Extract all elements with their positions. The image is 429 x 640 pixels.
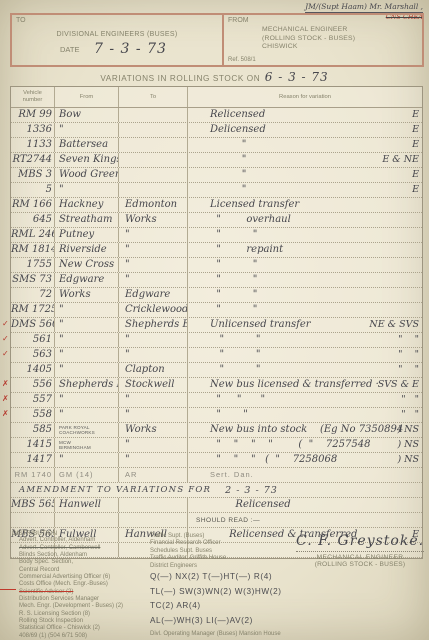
- to-cell: [119, 513, 188, 527]
- distribution-item: Advert. Controller, Camberwell: [12, 545, 146, 552]
- reason-cell: Licensed transfer: [188, 198, 422, 212]
- from-cell: Shepherds Bush: [55, 378, 119, 392]
- to-box: TO DIVISIONAL ENGINEERS (BUSES) DATE 7 -…: [10, 13, 224, 67]
- distribution-item: Statistical Office - Chiswick (2): [12, 625, 146, 632]
- to-value: DIVISIONAL ENGINEERS (BUSES): [12, 31, 222, 38]
- distribution-item: Body Spec. Section,: [12, 559, 146, 566]
- vehicle-number-cell: [11, 513, 55, 527]
- margin-check-mark: ✗: [2, 394, 9, 404]
- distribution-item: Distribution Services Manager: [12, 596, 146, 603]
- area-code: " ": [398, 333, 419, 346]
- to-cell: ": [119, 333, 188, 347]
- distribution-item: Rolling Stock Inspection: [12, 618, 146, 625]
- table-row: 72 Works Edgware " ": [11, 288, 422, 303]
- table-row: MBS 3 Wood Green " E: [11, 168, 422, 183]
- reason-cell: " E: [188, 138, 422, 152]
- to-cell: [119, 153, 188, 167]
- to-cell: ": [119, 393, 188, 407]
- reason-cell: New bus into stock (Eg No 7350894 ) NS: [188, 423, 422, 437]
- reason-cell: " " " ": [188, 348, 422, 362]
- reason-cell: Delicensed E: [188, 123, 422, 137]
- from-cell: PARK ROYAL COACHWORKS: [55, 423, 119, 437]
- margin-check-mark: ✓: [2, 334, 9, 344]
- reason-cell: SHOULD READ :—: [188, 513, 422, 527]
- document-title: VARIATIONS IN ROLLING STOCK ON 6 - 3 - 7…: [0, 68, 429, 86]
- distribution-item: R. S. Licensing Section (8): [12, 611, 146, 618]
- vehicle-number-cell: RML 2466: [11, 228, 55, 242]
- vehicle-number-cell: 585: [11, 423, 55, 437]
- reason-text: " " " ( " 7258068: [210, 454, 337, 465]
- reason-text: ": [210, 139, 246, 150]
- from-cell: Seven Kings: [55, 153, 119, 167]
- vehicle-number-cell: SMS 73: [11, 273, 55, 287]
- divl-operating-manager-line: Divl. Operating Manager (Buses) Mansion …: [150, 631, 281, 637]
- reason-text: Unlicensed transfer: [210, 319, 311, 330]
- reason-text: " ": [210, 409, 248, 420]
- from-cell: ": [55, 453, 119, 467]
- distribution-list: DISTRIBUTION Advert. Controller, Aldenha…: [12, 530, 146, 640]
- vehicle-number-cell: DMS 560: [11, 318, 55, 332]
- recipient-item: Traffic Supt. (Buses): [150, 533, 290, 540]
- vehicle-number-cell: 557: [11, 393, 55, 407]
- table-row: ✗ 558 " " " " " ": [11, 408, 422, 423]
- amendment-heading: AMENDMENT TO VARIATIONS FOR 2 - 3 - 73: [11, 483, 422, 498]
- to-cell: Edgware: [119, 288, 188, 302]
- to-cell: Shepherds Bush: [119, 318, 188, 332]
- from-line-3: CHISWICK: [262, 43, 355, 52]
- from-cell: ": [55, 123, 119, 137]
- from-line-1: MECHANICAL ENGINEER: [262, 26, 355, 35]
- ref-number: Ref. 508/1: [228, 57, 256, 63]
- margin-check-mark: ✗: [2, 379, 9, 389]
- reason-cell: " E & NE: [188, 153, 422, 167]
- reason-text: " ": [210, 229, 257, 240]
- reason-text: New bus into stock (Eg No 7350894: [210, 424, 403, 435]
- reason-cell: " ": [188, 228, 422, 242]
- table-row: 645 Streatham Works " overhaul: [11, 213, 422, 228]
- from-cell: ": [55, 348, 119, 362]
- annotation-ink-note: JM/(Supt Haam) Mr. Marshall ,: [305, 2, 423, 13]
- to-cell: ": [119, 408, 188, 422]
- from-cell: Riverside: [55, 243, 119, 257]
- reason-text: " ": [210, 304, 257, 315]
- to-label: TO: [16, 17, 26, 24]
- to-cell: Clapton: [119, 363, 188, 377]
- reason-cell: " " " ": [188, 408, 422, 422]
- amendment-row: SHOULD READ :—: [11, 513, 422, 528]
- table-row: RT2744 Seven Kings " E & NE: [11, 153, 422, 168]
- distribution-item: Central Record: [12, 567, 146, 574]
- recipient-item: Financial Research Officer: [150, 540, 290, 547]
- to-cell: [119, 108, 188, 122]
- title-text: VARIATIONS IN ROLLING STOCK ON: [100, 74, 260, 83]
- reason-text: Relicensed: [210, 109, 265, 120]
- col-reason: Reason for variation: [188, 87, 422, 107]
- vehicle-number-cell: 72: [11, 288, 55, 302]
- from-cell: Works: [55, 288, 119, 302]
- area-code: SVS & E: [378, 378, 419, 391]
- reason-cell: Unlicensed transfer NE & SVS: [188, 318, 422, 332]
- recipient-item: District Engineers: [150, 563, 290, 570]
- from-cell: Bow: [55, 108, 119, 122]
- vehicle-number-cell: RT2744: [11, 153, 55, 167]
- reason-text: New bus licensed & transferred ·: [210, 379, 379, 390]
- from-box: FROM MECHANICAL ENGINEER (ROLLING STOCK …: [222, 13, 424, 67]
- from-cell: ": [55, 408, 119, 422]
- signature: C. F. Greystoke.: [296, 533, 424, 552]
- from-cell: ": [55, 303, 119, 317]
- reason-cell: " E: [188, 183, 422, 197]
- table-body: RM 99 Bow Relicensed E 1336 " Delicensed…: [11, 108, 422, 483]
- reason-text: " ": [210, 274, 257, 285]
- table-row: ✗ 557 " " " " " " ": [11, 393, 422, 408]
- from-cell: Putney: [55, 228, 119, 242]
- col-to: To: [119, 87, 188, 107]
- from-cell: Hackney: [55, 198, 119, 212]
- reason-text: Sert. Dan.: [210, 470, 254, 479]
- from-cell: ": [55, 183, 119, 197]
- table-row: RM 166 Hackney Edmonton Licensed transfe…: [11, 198, 422, 213]
- amendment-date: 2 - 3 - 73: [211, 484, 278, 497]
- reason-cell: " " " ( " 7258068 ) NS: [188, 453, 422, 467]
- vehicle-number-cell: 1336: [11, 123, 55, 137]
- to-cell: Works: [119, 213, 188, 227]
- area-code: NE & SVS: [369, 318, 419, 331]
- to-cell: [119, 183, 188, 197]
- reason-text: " ": [210, 349, 261, 360]
- to-cell: [119, 498, 188, 512]
- table-row: RML 2466 Putney " " ": [11, 228, 422, 243]
- garage-code-line: Q(—) NX(2) T(—)HT(—) R(4): [150, 572, 300, 587]
- reason-cell: " " " ": [188, 333, 422, 347]
- reason-text: " ": [210, 289, 257, 300]
- from-line-2: (ROLLING STOCK - BUSES): [262, 35, 355, 44]
- area-code: ) NS: [397, 438, 419, 451]
- red-strike-extension: [0, 589, 16, 590]
- reason-text: " ": [210, 259, 257, 270]
- area-code: " ": [401, 393, 419, 406]
- recipient-item: Schedules Supt. Buses: [150, 548, 290, 555]
- reason-cell: " " " ": [188, 363, 422, 377]
- garage-code-line: TL(—) SW(3)WN(2) W(3)HW(2): [150, 587, 300, 602]
- to-cell: Cricklewood: [119, 303, 188, 317]
- garage-code-counts: Q(—) NX(2) T(—)HT(—) R(4)TL(—) SW(3)WN(2…: [150, 572, 300, 630]
- garage-code-line: TC(2) AR(4): [150, 601, 300, 616]
- table-row: ✓ 561 " " " " " ": [11, 333, 422, 348]
- to-cell: Works: [119, 423, 188, 437]
- margin-check-mark: ✗: [2, 409, 9, 419]
- table-row: 1336 " Delicensed E: [11, 123, 422, 138]
- reason-text: ": [210, 184, 246, 195]
- reason-cell: " E: [188, 168, 422, 182]
- to-cell: ": [119, 273, 188, 287]
- vehicle-number-cell: 5: [11, 183, 55, 197]
- from-cell: Edgware: [55, 273, 119, 287]
- reason-cell: " ": [188, 303, 422, 317]
- vehicle-number-cell: 561: [11, 333, 55, 347]
- distribution-item: Mech. Engr. (Development - Buses) (2): [12, 603, 146, 610]
- from-cell: Streatham: [55, 213, 119, 227]
- reason-cell: " ": [188, 273, 422, 287]
- date-label: DATE: [60, 45, 79, 54]
- vehicle-number-cell: 645: [11, 213, 55, 227]
- area-code: E: [412, 183, 419, 196]
- amendment-row: MBS 565 Hanwell Relicensed: [11, 498, 422, 513]
- vehicle-number-cell: RM 1814: [11, 243, 55, 257]
- area-code: E: [412, 168, 419, 181]
- vehicle-number-cell: 558: [11, 408, 55, 422]
- reason-text: " overhaul: [210, 214, 291, 225]
- vehicle-number-cell: 1405: [11, 363, 55, 377]
- recipient-item: Traffic Auditor, Griffith House: [150, 555, 290, 562]
- reason-cell: New bus licensed & transferred · SVS & E: [188, 378, 422, 392]
- area-code: E & NE: [382, 153, 419, 166]
- reason-cell: " " " " ": [188, 393, 422, 407]
- from-cell: Wood Green: [55, 168, 119, 182]
- table-row: 1417 " " " " " ( " 7258068 ) NS: [11, 453, 422, 468]
- reason-cell: Relicensed: [188, 498, 422, 512]
- title-date: 6 - 3 - 73: [265, 70, 329, 84]
- vehicle-number-cell: 1755: [11, 258, 55, 272]
- to-cell: ": [119, 243, 188, 257]
- area-code: " ": [398, 363, 419, 376]
- area-code: E: [412, 123, 419, 136]
- from-cell: ": [55, 318, 119, 332]
- reason-cell: " ": [188, 288, 422, 302]
- reason-cell: Relicensed E: [188, 108, 422, 122]
- margin-check-mark: ✓: [2, 319, 9, 329]
- reason-cell: " repaint: [188, 243, 422, 257]
- from-address: MECHANICAL ENGINEER (ROLLING STOCK - BUS…: [262, 26, 355, 52]
- distribution-items: Advert. Controller, AldenhamAdvert. Cont…: [12, 537, 146, 640]
- to-cell: Stockwell: [119, 378, 188, 392]
- margin-check-mark: ✓: [2, 349, 9, 359]
- area-code: E: [412, 138, 419, 151]
- table-row: RM 1814 Riverside " " repaint: [11, 243, 422, 258]
- distribution-item: Blinds Section, Aldenham: [12, 552, 146, 559]
- reason-cell: " " " " ( " 7257548 ) NS: [188, 438, 422, 452]
- to-cell: [119, 123, 188, 137]
- table-row: RM 1740 GM (14) AR Sert. Dan.: [11, 468, 422, 483]
- reason-text: " repaint: [210, 244, 283, 255]
- from-cell: Hanwell: [55, 498, 119, 512]
- reason-text: ": [210, 169, 246, 180]
- vehicle-number-cell: MBS 565: [11, 498, 55, 512]
- garage-code-line: AL(—)WH(3) LI(—)AV(2): [150, 616, 300, 631]
- vehicle-number-cell: RM 1725: [11, 303, 55, 317]
- reason-cell: Sert. Dan.: [188, 468, 422, 482]
- to-cell: ": [119, 348, 188, 362]
- to-cell: ": [119, 438, 188, 452]
- reason-text: " " ": [210, 394, 265, 405]
- to-cell: ": [119, 453, 188, 467]
- table-row: 1755 New Cross " " ": [11, 258, 422, 273]
- distribution-item: 408/69 (1) (504 6/71 508): [12, 633, 146, 640]
- table-row: RM 99 Bow Relicensed E: [11, 108, 422, 123]
- distribution-item: Scientific Adviser (2): [12, 589, 146, 596]
- col-from: From: [55, 87, 119, 107]
- table-row: ✓ DMS 560 " Shepherds Bush Unlicensed tr…: [11, 318, 422, 333]
- table-row: SMS 73 Edgware " " ": [11, 273, 422, 288]
- to-cell: ": [119, 228, 188, 242]
- vehicle-number-cell: 1415: [11, 438, 55, 452]
- area-code: " ": [401, 408, 419, 421]
- reason-text: Relicensed: [210, 499, 291, 510]
- distribution-item: Advert. Controller, Aldenham: [12, 537, 146, 544]
- reason-text: Licensed transfer: [210, 199, 299, 210]
- from-cell: MCW BIRMINGHAM: [55, 438, 119, 452]
- area-code: ) NS: [397, 453, 419, 466]
- vehicle-number-cell: RM 99: [11, 108, 55, 122]
- vehicle-number-cell: 1417: [11, 453, 55, 467]
- col-vehicle-number: Vehicle number: [11, 87, 55, 107]
- from-label: FROM: [228, 17, 249, 24]
- reason-text: Delicensed: [210, 124, 266, 135]
- table-row: 1133 Battersea " E: [11, 138, 422, 153]
- table-row: 585 PARK ROYAL COACHWORKS Works New bus …: [11, 423, 422, 438]
- area-code: " ": [398, 348, 419, 361]
- table-row: ✗ 556 Shepherds Bush Stockwell New bus l…: [11, 378, 422, 393]
- distribution-title: DISTRIBUTION: [12, 530, 146, 537]
- area-code: E: [412, 108, 419, 121]
- table-row: 1405 " Clapton " " " ": [11, 363, 422, 378]
- table-row: ✓ 563 " " " " " ": [11, 348, 422, 363]
- from-cell: ": [55, 363, 119, 377]
- reason-text: " " " " ( " 7257548: [210, 439, 370, 450]
- from-cell: ": [55, 333, 119, 347]
- vehicle-number-cell: 563: [11, 348, 55, 362]
- reason-text: " ": [210, 334, 261, 345]
- signatory-title-2: (ROLLING STOCK - BUSES): [296, 561, 424, 568]
- scanned-memo-page: JM/(Supt Haam) Mr. Marshall , CNS CHEA T…: [0, 0, 429, 640]
- recipient-list: Traffic Supt. (Buses)Financial Research …: [150, 533, 290, 570]
- from-cell: Battersea: [55, 138, 119, 152]
- table-header: Vehicle number From To Reason for variat…: [11, 87, 422, 108]
- from-cell: GM (14): [55, 468, 119, 482]
- reason-cell: " ": [188, 258, 422, 272]
- to-cell: [119, 168, 188, 182]
- area-code: ) NS: [397, 423, 419, 436]
- vehicle-number-cell: 1133: [11, 138, 55, 152]
- table-row: RM 1725 " Cricklewood " ": [11, 303, 422, 318]
- reason-text: ": [210, 154, 246, 165]
- vehicle-number-cell: MBS 3: [11, 168, 55, 182]
- to-cell: AR: [119, 468, 188, 482]
- variations-table: Vehicle number From To Reason for variat…: [10, 86, 423, 559]
- to-cell: [119, 138, 188, 152]
- signatory-title-1: MECHANICAL ENGINEER: [296, 554, 424, 561]
- table-row: 5 " " E: [11, 183, 422, 198]
- signature-block: C. F. Greystoke. MECHANICAL ENGINEER (RO…: [296, 533, 424, 568]
- table-row: 1415 MCW BIRMINGHAM " " " " " ( " 725754…: [11, 438, 422, 453]
- from-cell: ": [55, 393, 119, 407]
- from-cell: New Cross: [55, 258, 119, 272]
- vehicle-number-cell: 556: [11, 378, 55, 392]
- distribution-item: Commercial Advertising Officer (6): [12, 574, 146, 581]
- amendment-title: AMENDMENT TO VARIATIONS FOR: [11, 484, 211, 497]
- vehicle-number-cell: RM 166: [11, 198, 55, 212]
- distribution-item: Costs Office (Mech. Engr.-Buses): [12, 581, 146, 588]
- reason-text: SHOULD READ :—: [196, 517, 260, 524]
- vehicle-number-cell: RM 1740: [11, 468, 55, 482]
- to-cell: Edmonton: [119, 198, 188, 212]
- reason-text: " ": [210, 364, 261, 375]
- from-cell: [55, 513, 119, 527]
- to-cell: ": [119, 258, 188, 272]
- date-handwritten: 7 - 3 - 73: [94, 41, 167, 57]
- reason-cell: " overhaul: [188, 213, 422, 227]
